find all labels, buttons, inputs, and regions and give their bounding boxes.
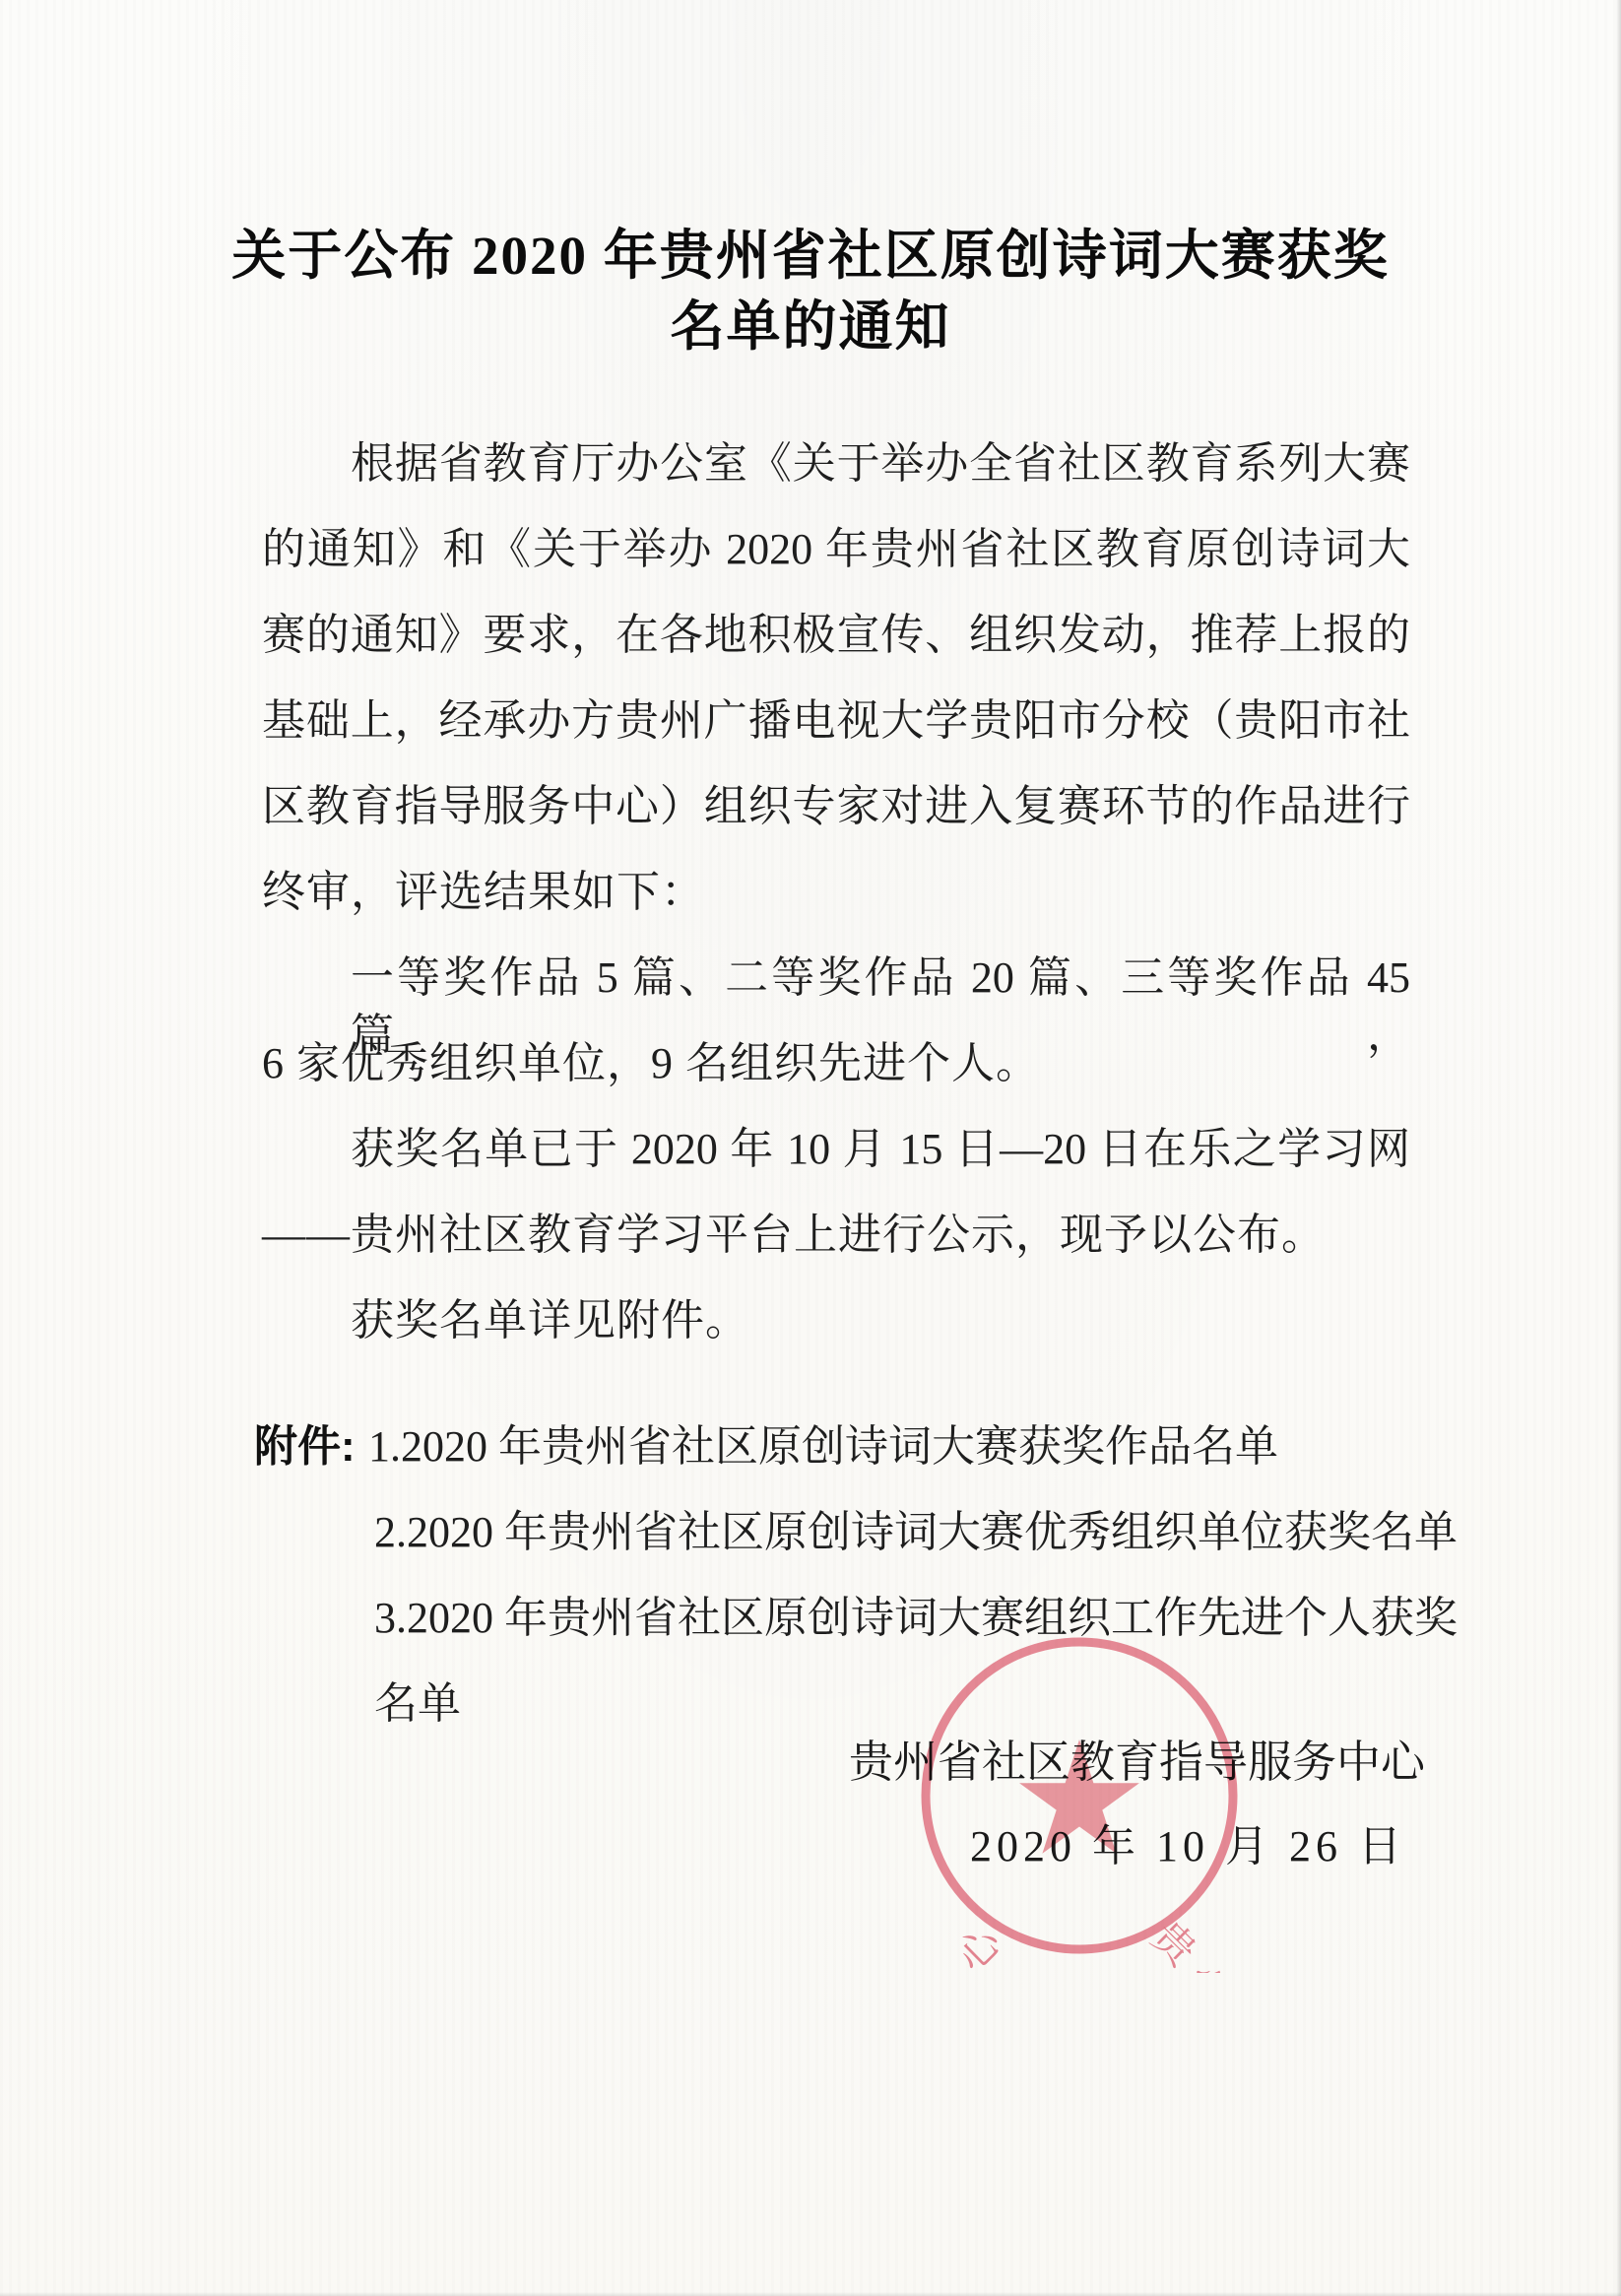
document-title-line-1: 关于公布 2020 年贵州省社区原创诗词大赛获奖 — [0, 225, 1621, 288]
body-line: 终审，评选结果如下： — [262, 864, 1410, 921]
attachment-item: 3.2020 年贵州省社区原创诗词大赛组织工作先进个人获奖 — [374, 1590, 1428, 1647]
body-line: 区教育指导服务中心）组织专家对进入复赛环节的作品进行 — [262, 778, 1410, 835]
body-line: 的通知》和《关于举办 2020 年贵州省社区教育原创诗词大 — [262, 521, 1410, 578]
body-line: 6 家优秀组织单位，9 名组织先进个人。 — [262, 1035, 1410, 1092]
official-seal: 贵州省社区教育指导服务中心 — [902, 1618, 1257, 1973]
document-title-line-2: 名单的通知 — [0, 295, 1621, 359]
body-line: 获奖名单已于 2020 年 10 月 15 日—20 日在乐之学习网 — [262, 1121, 1410, 1178]
svg-text:贵州省社区教育指导服务中心: 贵州省社区教育指导服务中心 — [919, 1914, 1240, 1973]
attachment-item: 1.2020 年贵州省社区原创诗词大赛获奖作品名单 — [368, 1418, 1422, 1476]
body-line: ——贵州社区教育学习平台上进行公示，现予以公布。 — [262, 1207, 1410, 1264]
scan-edge-artifact — [0, 2292, 1621, 2296]
attachments-label: 附件: — [254, 1418, 372, 1476]
scan-edge-artifact — [1616, 0, 1621, 2296]
body-line: 获奖名单详见附件。 — [262, 1292, 1410, 1349]
attachment-item: 2.2020 年贵州省社区原创诗词大赛优秀组织单位获奖名单 — [374, 1504, 1428, 1561]
body-line: 一等奖作品 5 篇、二等奖作品 20 篇、三等奖作品 45 篇， — [262, 950, 1410, 1007]
seal-arc-text: 贵州省社区教育指导服务中心 — [919, 1914, 1240, 1973]
body-line: 赛的通知》要求，在各地积极宣传、组织发动，推荐上报的 — [262, 607, 1410, 664]
seal-star-icon — [1019, 1739, 1139, 1854]
body-line: 基础上，经承办方贵州广播电视大学贵阳市分校（贵阳市社 — [262, 692, 1410, 750]
attachment-item-continuation: 名单 — [374, 1675, 1428, 1733]
body-line: 根据省教育厅办公室《关于举办全省社区教育系列大赛 — [262, 435, 1410, 492]
document-page: 关于公布 2020 年贵州省社区原创诗词大赛获奖 名单的通知 根据省教育厅办公室… — [0, 0, 1621, 2296]
